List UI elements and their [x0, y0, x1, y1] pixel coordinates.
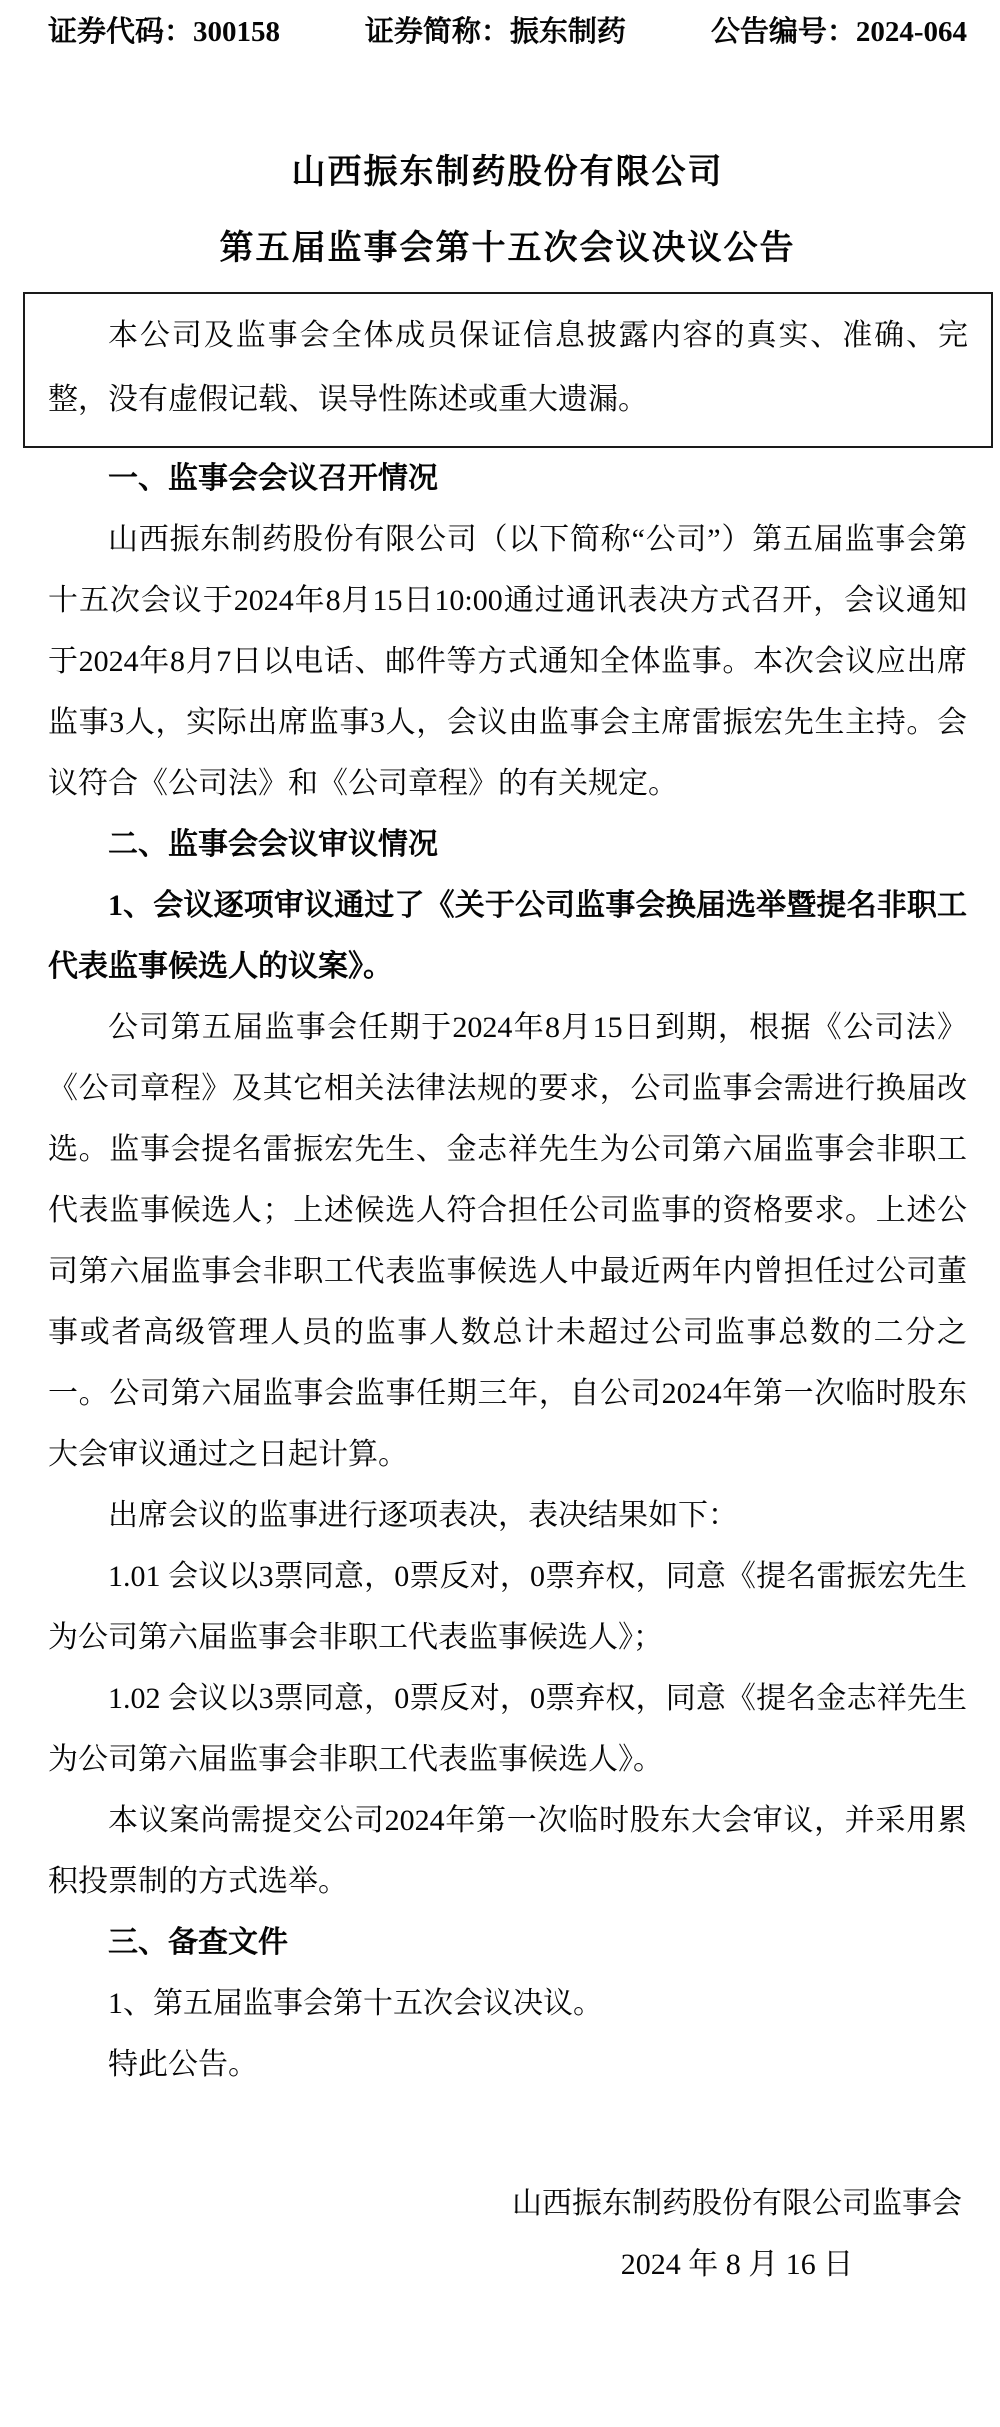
document-body: 一、监事会会议召开情况 山西振东制药股份有限公司（以下简称“公司”）第五届监事会…	[48, 448, 967, 2095]
reference-document-item: 1、第五届监事会第十五次会议决议。	[48, 1973, 967, 2034]
resolution-item-title: 1、会议逐项审议通过了《关于公司监事会换届选举暨提名非职工代表监事候选人的议案》…	[48, 875, 967, 997]
section-1-heading: 一、监事会会议召开情况	[48, 448, 967, 509]
section-1-paragraph: 山西振东制药股份有限公司（以下简称“公司”）第五届监事会第十五次会议于2024年…	[48, 509, 967, 814]
voting-intro: 出席会议的监事进行逐项表决，表决结果如下：	[48, 1485, 967, 1546]
stock-code: 证券代码：300158	[48, 14, 280, 50]
document-title: 山西振东制药股份有限公司 第五届监事会第十五次会议决议公告	[48, 135, 967, 287]
document-header: 证券代码：300158 证券简称：振东制药 公告编号：2024-064	[48, 14, 967, 50]
vote-result-1: 1.01 会议以3票同意，0票反对，0票弃权，同意《提名雷振宏先生为公司第六届监…	[48, 1546, 967, 1668]
section-3-heading: 三、备查文件	[48, 1912, 967, 1973]
vote-result-2: 1.02 会议以3票同意，0票反对，0票弃权，同意《提名金志祥先生为公司第六届监…	[48, 1668, 967, 1790]
announcement-number: 公告编号：2024-064	[711, 14, 967, 50]
signature-date: 2024 年 8 月 16 日	[512, 2234, 962, 2295]
company-name-title: 山西振东制药股份有限公司	[48, 135, 967, 211]
signature-block: 山西振东制药股份有限公司监事会 2024 年 8 月 16 日	[512, 2173, 962, 2295]
disclaimer-box: 本公司及监事会全体成员保证信息披露内容的真实、准确、完整，没有虚假记载、误导性陈…	[23, 292, 993, 448]
stock-abbr: 证券简称：振东制药	[365, 14, 626, 50]
announcement-document: 证券代码：300158 证券简称：振东制药 公告编号：2024-064 山西振东…	[0, 0, 1000, 2427]
resolution-detail-paragraph: 公司第五届监事会任期于2024年8月15日到期，根据《公司法》《公司章程》及其它…	[48, 997, 967, 1485]
disclaimer-text: 本公司及监事会全体成员保证信息披露内容的真实、准确、完整，没有虚假记载、误导性陈…	[48, 304, 968, 432]
signature-company: 山西振东制药股份有限公司监事会	[512, 2173, 962, 2234]
closing-statement: 特此公告。	[48, 2034, 967, 2095]
meeting-title: 第五届监事会第十五次会议决议公告	[48, 211, 967, 287]
section-2-heading: 二、监事会会议审议情况	[48, 814, 967, 875]
submission-note: 本议案尚需提交公司2024年第一次临时股东大会审议，并采用累积投票制的方式选举。	[48, 1790, 967, 1912]
